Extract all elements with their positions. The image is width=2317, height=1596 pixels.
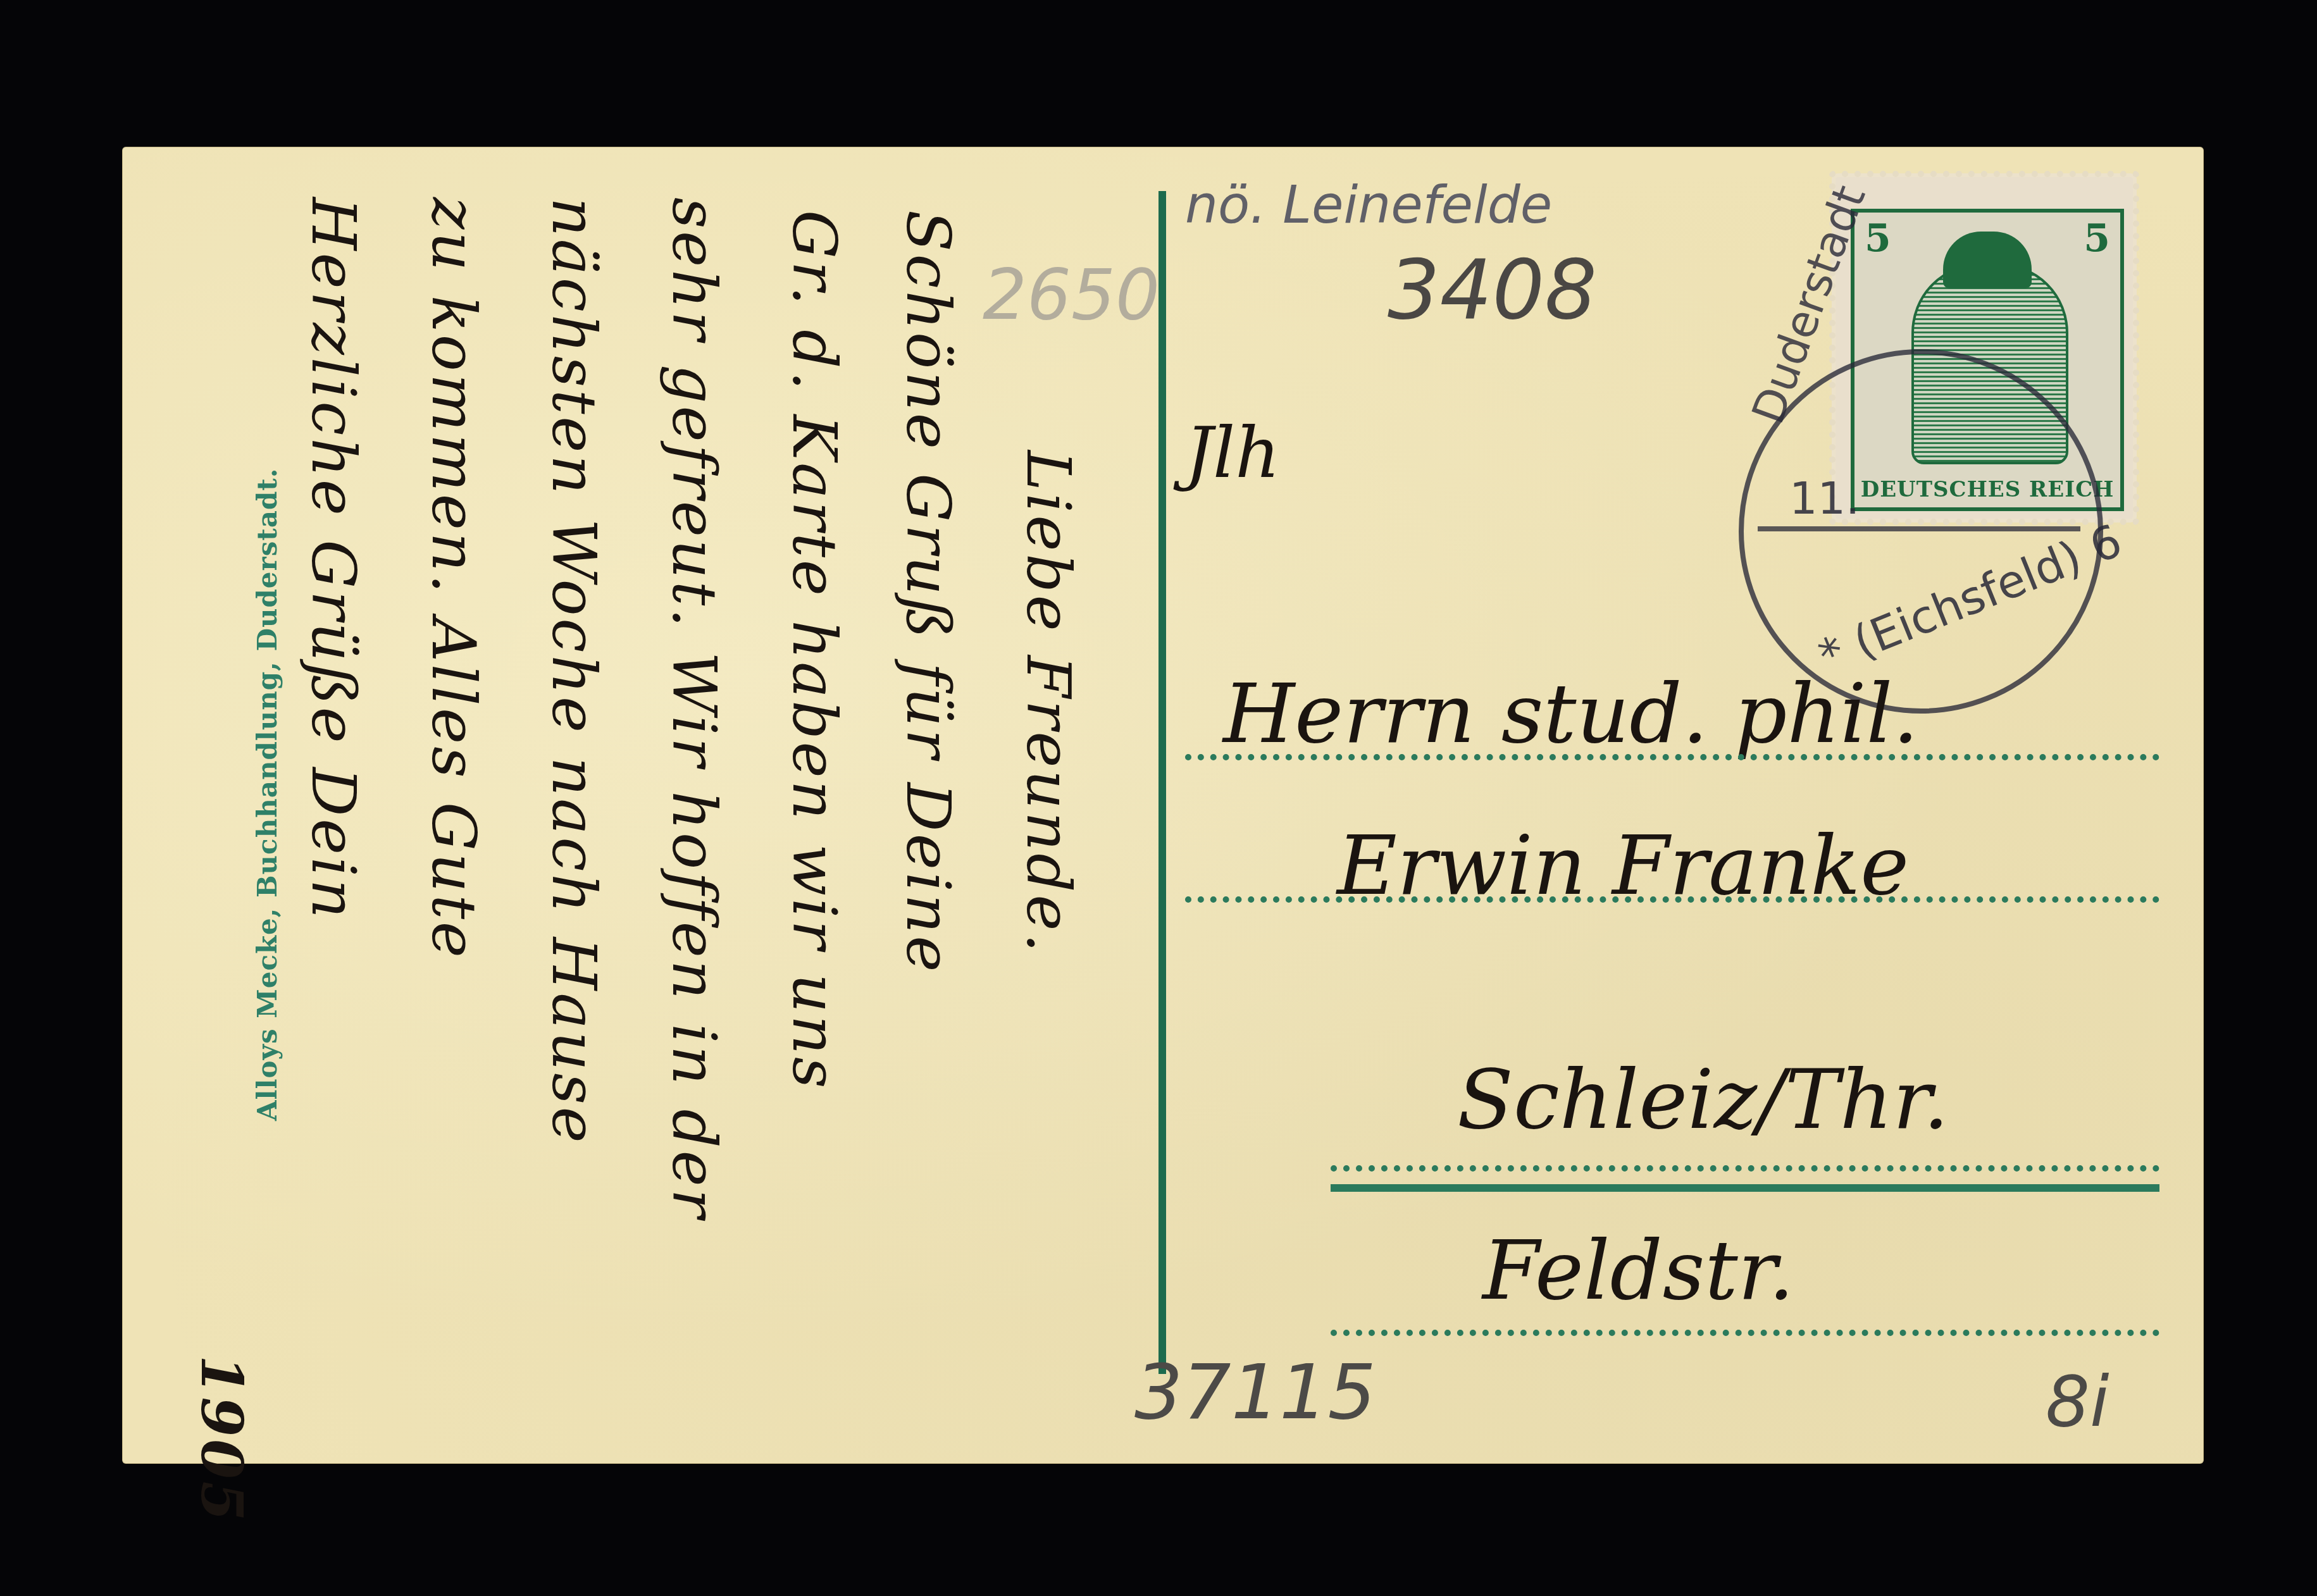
message-line: sehr gefreut. Wir hoffen in der	[659, 197, 730, 1220]
stamp-value-left: 5	[1865, 216, 1891, 261]
address-rule-3-solid	[1331, 1184, 2159, 1192]
postmark-bar	[1758, 526, 2080, 531]
divider-line	[1158, 191, 1166, 1374]
message-line: zu kommen. Alles Gute	[418, 197, 489, 960]
address-rule-4	[1331, 1330, 2159, 1336]
message-line: nächsten Woche nach Hause	[538, 197, 609, 1146]
message-line: Liebe Freunde.	[1013, 450, 1084, 955]
pencil-note-bottom-number: 37115	[1134, 1349, 1376, 1437]
pencil-note-bottom-right: 8i	[2046, 1361, 2109, 1442]
address-line-1: Herrn stud. phil.	[1223, 665, 1919, 762]
pencil-note-catalog-number: 3408	[1388, 242, 1597, 338]
message-line: Herzliche Grüße Dein	[298, 197, 369, 921]
stamp-value-right: 5	[2084, 216, 2110, 261]
postmark-date: 11.	[1789, 473, 1860, 524]
message-line: Schöne Gruß für Deine	[893, 210, 964, 974]
postcard: 2650 Liebe Freunde. Schöne Gruß für Dein…	[122, 147, 2204, 1464]
publisher-imprint: Alloys Mecke, Buchhandlung, Duderstadt.	[252, 468, 283, 1121]
address-rule-1	[1185, 754, 2159, 760]
address-line-3: Schleiz/Thr.	[1457, 1051, 1949, 1148]
message-date: 1905	[188, 1355, 255, 1524]
address-prefix: Jlh	[1185, 412, 1280, 493]
address-line-4: Feldstr.	[1482, 1222, 1794, 1318]
address-rule-3	[1331, 1165, 2159, 1172]
message-line: Gr. d. Karte haben wir uns	[779, 210, 850, 1091]
address-rule-2	[1185, 896, 2159, 903]
crown-icon	[1943, 232, 2032, 288]
pencil-note-place: nö. Leinefelde	[1185, 175, 1552, 235]
